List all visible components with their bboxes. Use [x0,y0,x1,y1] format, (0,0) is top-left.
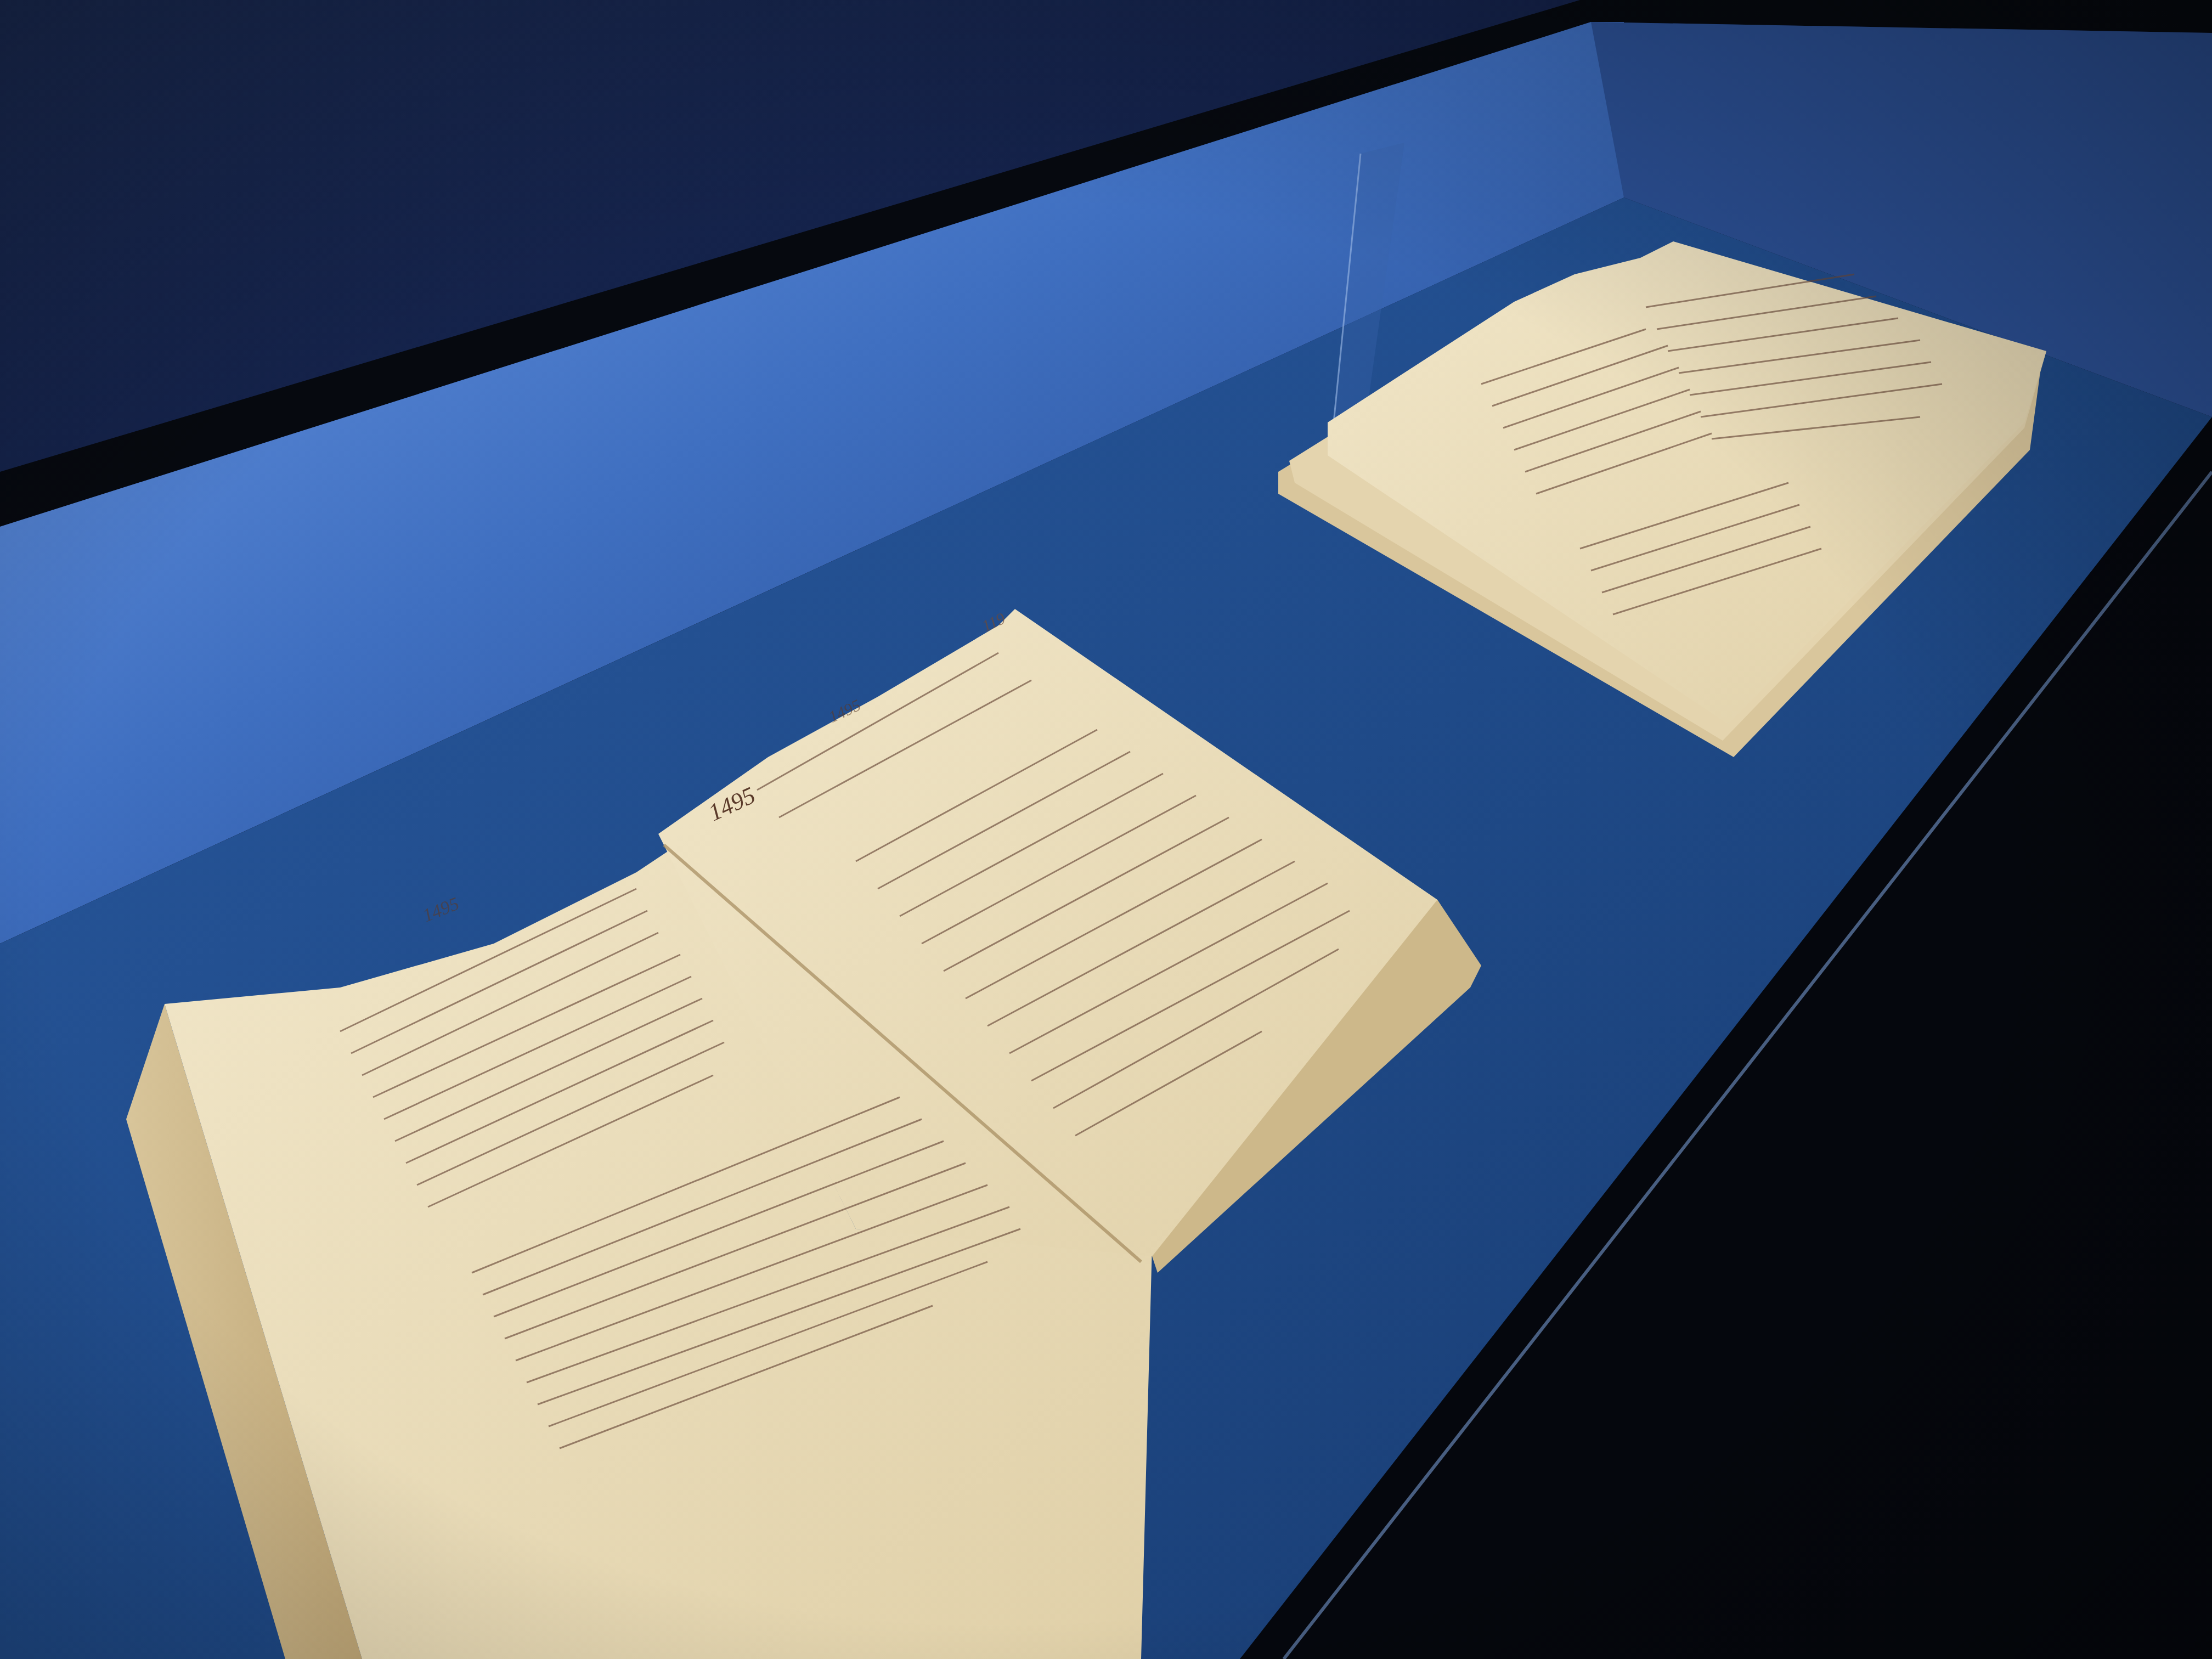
museum-display-scene: 1495 1495 1495 119 [0,0,2212,1659]
display-case [0,0,2212,1659]
